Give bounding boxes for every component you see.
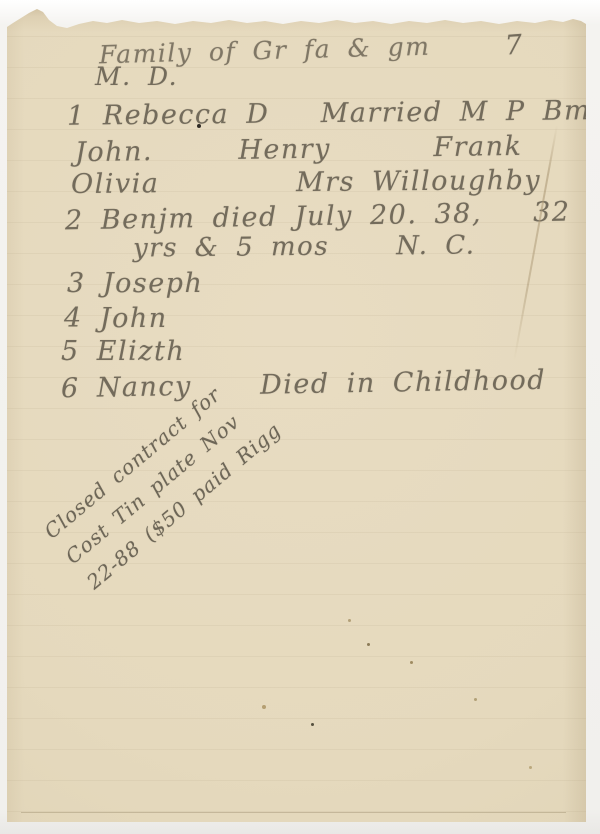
foxing-speck bbox=[262, 705, 266, 709]
page-number: 7 bbox=[504, 29, 525, 61]
entry-line: yrs & 5 mos N. C. bbox=[133, 231, 476, 264]
foxing-speck bbox=[367, 643, 370, 646]
page-subtitle: M. D. bbox=[95, 62, 178, 91]
manuscript-page: Family of Gr fa & gm 7 M. D. 1 Rebecca D… bbox=[7, 6, 586, 822]
entry-line: 4 John bbox=[64, 303, 168, 334]
foxing-speck bbox=[348, 619, 351, 622]
paper-bottom-rule bbox=[21, 812, 566, 813]
foxing-speck bbox=[529, 766, 532, 769]
foxing-speck bbox=[474, 698, 477, 701]
entry-line: John. Henry Frank bbox=[75, 131, 523, 168]
foxing-speck bbox=[410, 661, 413, 664]
entry-line: 1 Rebecca D Married M P Bm bbox=[67, 95, 591, 131]
foxing-speck bbox=[311, 723, 314, 726]
entry-line: 5 Elizth bbox=[61, 336, 185, 367]
entry-line: 2 Benjm died July 20. 38, 32 bbox=[65, 197, 571, 237]
ink-dot bbox=[197, 124, 201, 128]
entry-line: Olivia Mrs Willoughby bbox=[71, 165, 541, 200]
entry-line: 6 Nancy Died in Childhood bbox=[61, 365, 547, 404]
entry-line: 3 Joseph bbox=[67, 268, 203, 299]
